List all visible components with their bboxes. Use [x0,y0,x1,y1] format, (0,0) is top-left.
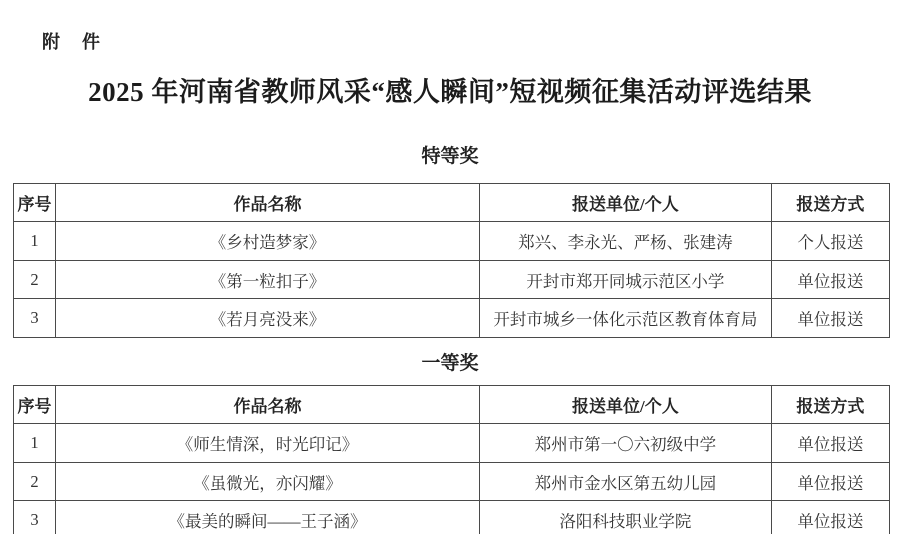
cell-work-title: 《乡村造梦家》 [56,222,480,261]
cell-work-title: 《师生情深，时光印记》 [56,424,480,463]
special-prize-table: 序号 作品名称 报送单位/个人 报送方式 1 《乡村造梦家》 郑兴、李永光、严杨… [13,183,890,338]
column-header-index: 序号 [14,386,56,424]
cell-work-title: 《若月亮没来》 [56,299,480,338]
column-header-submission-method: 报送方式 [771,184,889,222]
column-header-submitting-unit: 报送单位/个人 [480,184,772,222]
cell-submission-method: 单位报送 [771,463,889,501]
first-prize-table: 序号 作品名称 报送单位/个人 报送方式 1 《师生情深，时光印记》 郑州市第一… [13,385,890,534]
cell-submitting-unit: 开封市郑开同城示范区小学 [480,261,772,299]
table-header-row: 序号 作品名称 报送单位/个人 报送方式 [14,386,890,424]
table-row: 2 《虽微光，亦闪耀》 郑州市金水区第五幼儿园 单位报送 [14,463,890,501]
document-page: 附 件 2025 年河南省教师风采“感人瞬间”短视频征集活动评选结果 特等奖 序… [0,0,900,534]
cell-submitting-unit: 洛阳科技职业学院 [480,501,772,534]
table-row: 2 《第一粒扣子》 开封市郑开同城示范区小学 单位报送 [14,261,890,299]
cell-index: 3 [14,299,56,338]
cell-submitting-unit: 郑兴、李永光、严杨、张建涛 [480,222,772,261]
cell-submitting-unit: 开封市城乡一体化示范区教育体育局 [480,299,772,338]
column-header-submission-method: 报送方式 [771,386,889,424]
cell-index: 3 [14,501,56,534]
cell-submitting-unit: 郑州市金水区第五幼儿园 [480,463,772,501]
cell-index: 1 [14,222,56,261]
table-row: 3 《最美的瞬间——王子涵》 洛阳科技职业学院 单位报送 [14,501,890,534]
cell-work-title: 《第一粒扣子》 [56,261,480,299]
cell-submission-method: 单位报送 [771,424,889,463]
column-header-submitting-unit: 报送单位/个人 [480,386,772,424]
cell-work-title: 《虽微光，亦闪耀》 [56,463,480,501]
section-heading-first-prize: 一等奖 [0,348,900,375]
table-row: 3 《若月亮没来》 开封市城乡一体化示范区教育体育局 单位报送 [14,299,890,338]
section-heading-special-prize: 特等奖 [0,141,900,168]
cell-submission-method: 单位报送 [771,299,889,338]
cell-index: 2 [14,261,56,299]
table-row: 1 《师生情深，时光印记》 郑州市第一〇六初级中学 单位报送 [14,424,890,463]
cell-submission-method: 单位报送 [771,261,889,299]
column-header-work-title: 作品名称 [56,184,480,222]
cell-submission-method: 个人报送 [771,222,889,261]
table-header-row: 序号 作品名称 报送单位/个人 报送方式 [14,184,890,222]
page-title: 2025 年河南省教师风采“感人瞬间”短视频征集活动评选结果 [0,70,900,109]
cell-index: 2 [14,463,56,501]
table-row: 1 《乡村造梦家》 郑兴、李永光、严杨、张建涛 个人报送 [14,222,890,261]
cell-submitting-unit: 郑州市第一〇六初级中学 [480,424,772,463]
cell-index: 1 [14,424,56,463]
cell-submission-method: 单位报送 [771,501,889,534]
cell-work-title: 《最美的瞬间——王子涵》 [56,501,480,534]
column-header-work-title: 作品名称 [56,386,480,424]
attachment-label: 附 件 [42,28,102,54]
column-header-index: 序号 [14,184,56,222]
